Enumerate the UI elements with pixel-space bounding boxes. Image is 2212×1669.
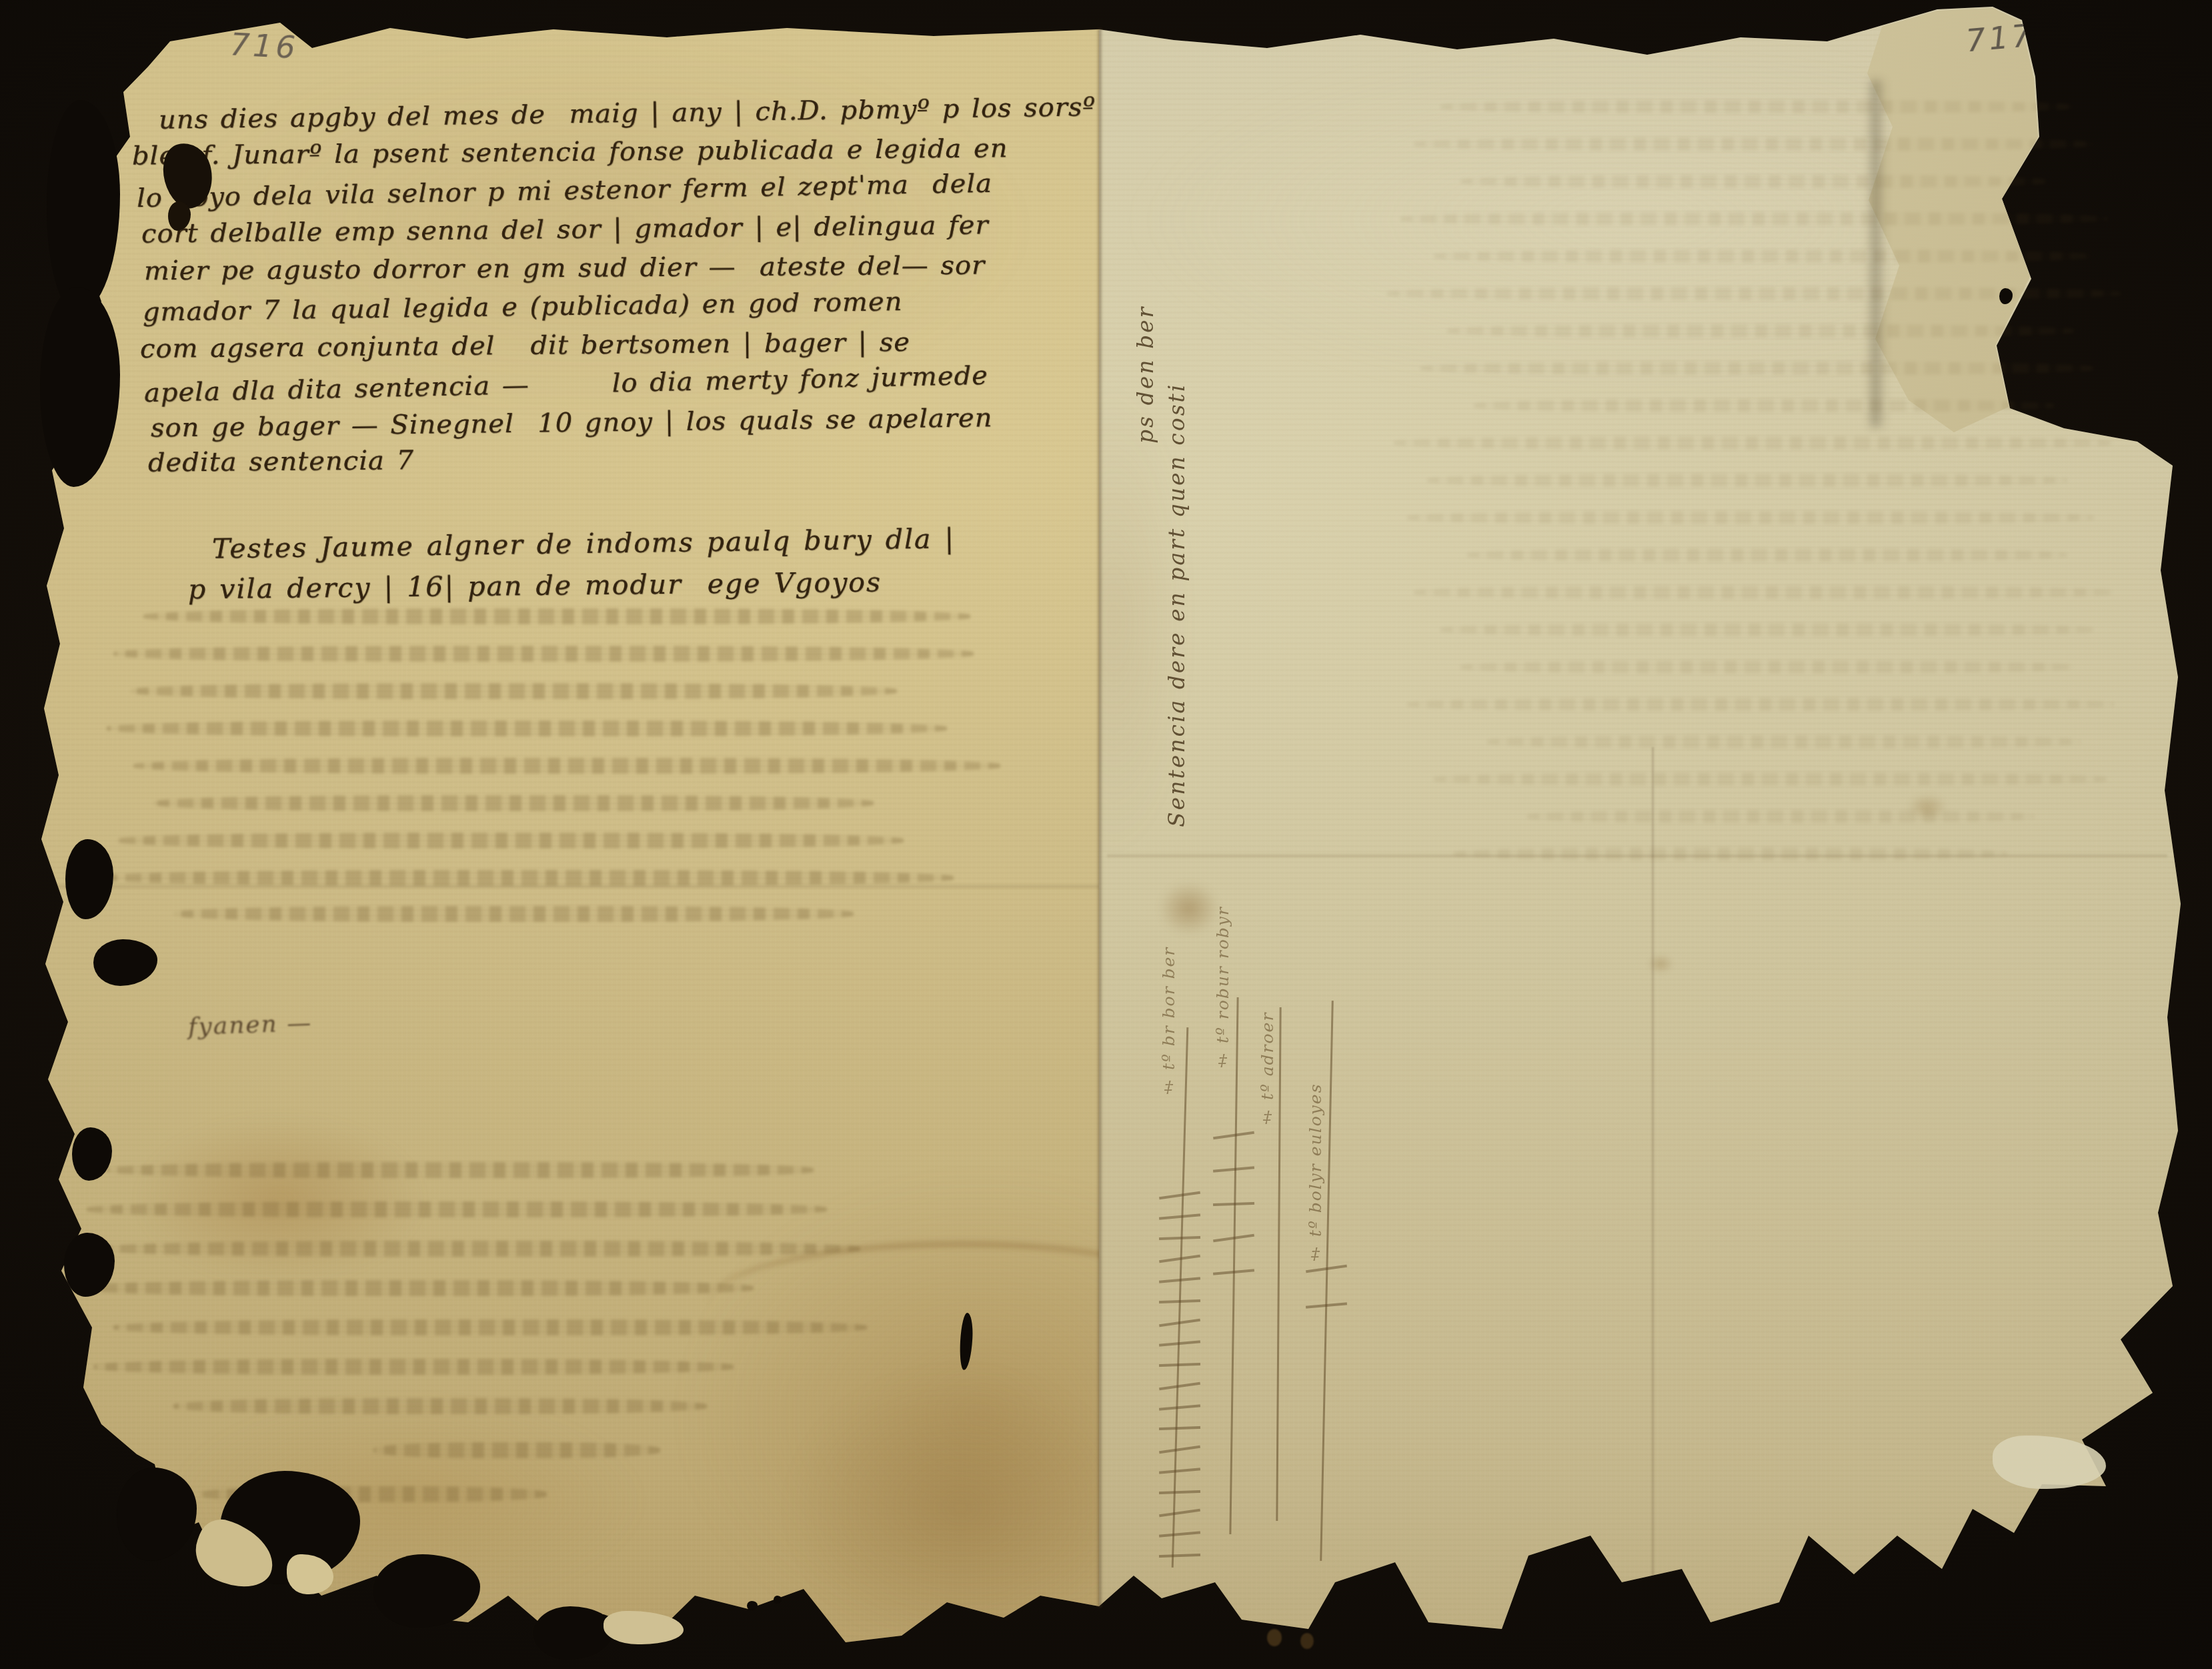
bleedthrough-line (100, 870, 954, 886)
bleedthrough-line (1400, 212, 2107, 225)
bleedthrough-line (1474, 399, 2054, 412)
bleedthrough-line (107, 1162, 814, 1178)
bleedthrough-line (200, 1486, 547, 1502)
bleedthrough-line (130, 683, 897, 699)
bleedthrough-line (1427, 474, 2067, 487)
bleedthrough-line (100, 1241, 860, 1257)
bleedthrough-line (1487, 735, 2081, 748)
bleedthrough-line (1394, 436, 2114, 450)
folio-number-left: 716 (229, 26, 299, 65)
text-line: bles f. Junarº la psent sentencia fonse … (132, 135, 1008, 169)
text-line: lo poyo dela vila selnor p mi estenor fe… (137, 170, 993, 211)
bleedthrough-line (117, 832, 904, 849)
text-line: son ge bager — Sinegnel 10 gnoy | los qu… (151, 404, 993, 441)
text-line: gmador 7 la qual legida e (publicada) en… (143, 288, 903, 326)
bleedthrough-line (113, 646, 974, 662)
bleedthrough-line (1434, 249, 2094, 263)
manuscript-photograph: 716 709 uns dies apgby del mes de maig |… (0, 0, 2212, 1669)
bleedthrough-line (1407, 511, 2094, 524)
bleedthrough-line (173, 1398, 707, 1414)
bleedthrough-line (87, 1201, 827, 1217)
text-line: uns dies apgby del mes de maig | any | c… (159, 93, 1096, 133)
bleedthrough-line (1414, 586, 2114, 599)
bleedthrough-line (1454, 847, 2007, 861)
stain-left-mid (137, 1115, 423, 1282)
bleedthrough-line (133, 758, 1000, 774)
bleedthrough-line (1467, 548, 2067, 562)
bleedthrough-line (1460, 175, 2047, 188)
bleedthrough-line (173, 906, 854, 922)
bleedthrough-line (373, 1442, 660, 1458)
bleedthrough-line (143, 608, 970, 624)
bleedthrough-line (93, 1359, 734, 1375)
text-line: com agsera conjunta del dit bertsomen | … (140, 329, 910, 362)
bleedthrough-line (1387, 287, 2121, 300)
bleedthrough-line (1407, 698, 2114, 711)
folio-number-bottom-left: 709 (231, 1498, 296, 1538)
docket-line: ps den ber (1132, 230, 1158, 444)
bleedthrough-line (1440, 623, 2094, 636)
bleedthrough-line (107, 720, 947, 736)
ghost-word: fyanen — (187, 1009, 313, 1041)
bleedthrough-line (1414, 137, 2094, 151)
text-line: dedita sentencia 7 (148, 447, 414, 476)
bleedthrough-line (1420, 362, 2094, 375)
bleedthrough-line (153, 795, 874, 811)
bleedthrough-line (1460, 660, 2074, 674)
brown-speck (1267, 1629, 1282, 1646)
bleedthrough-line (1434, 772, 2107, 786)
witness-line: p vila dercy | 16| pan de modur ege Vgoy… (188, 569, 882, 604)
bleedthrough-line (1527, 810, 2034, 823)
tally-header: ‡ tº adroer (1258, 887, 1277, 1127)
stain-spot-center (1647, 954, 1674, 974)
witness-line: Testes Jaume algner de indoms paulq bury… (212, 525, 956, 563)
bleedthrough-line (113, 1319, 867, 1335)
stain-bottom-deep (787, 1367, 1134, 1648)
bleedthrough-line (1447, 324, 2074, 338)
bleedthrough-line (80, 1280, 754, 1296)
brown-speck (1300, 1633, 1314, 1649)
text-line: mier pe agusto dorror en gm sud dier — a… (144, 252, 985, 285)
docket-line: Sentencia dere en part quen costi (1164, 307, 1190, 827)
text-line: apela dla dita sentencia — lo dia merty … (144, 362, 989, 407)
crease-vertical-right (1651, 747, 1654, 1641)
text-line: cort delballe emp senna del sor | gmador… (141, 211, 989, 247)
tally-header: ‡ tº br bor ber (1159, 891, 1178, 1097)
folio-number-right: 717 (1965, 17, 2036, 59)
tally-header: ‡ tº bolyr euloyes (1306, 891, 1325, 1264)
bleedthrough-line (1440, 100, 2074, 113)
tally-header: ‡ tº robur robyr (1213, 891, 1232, 1071)
